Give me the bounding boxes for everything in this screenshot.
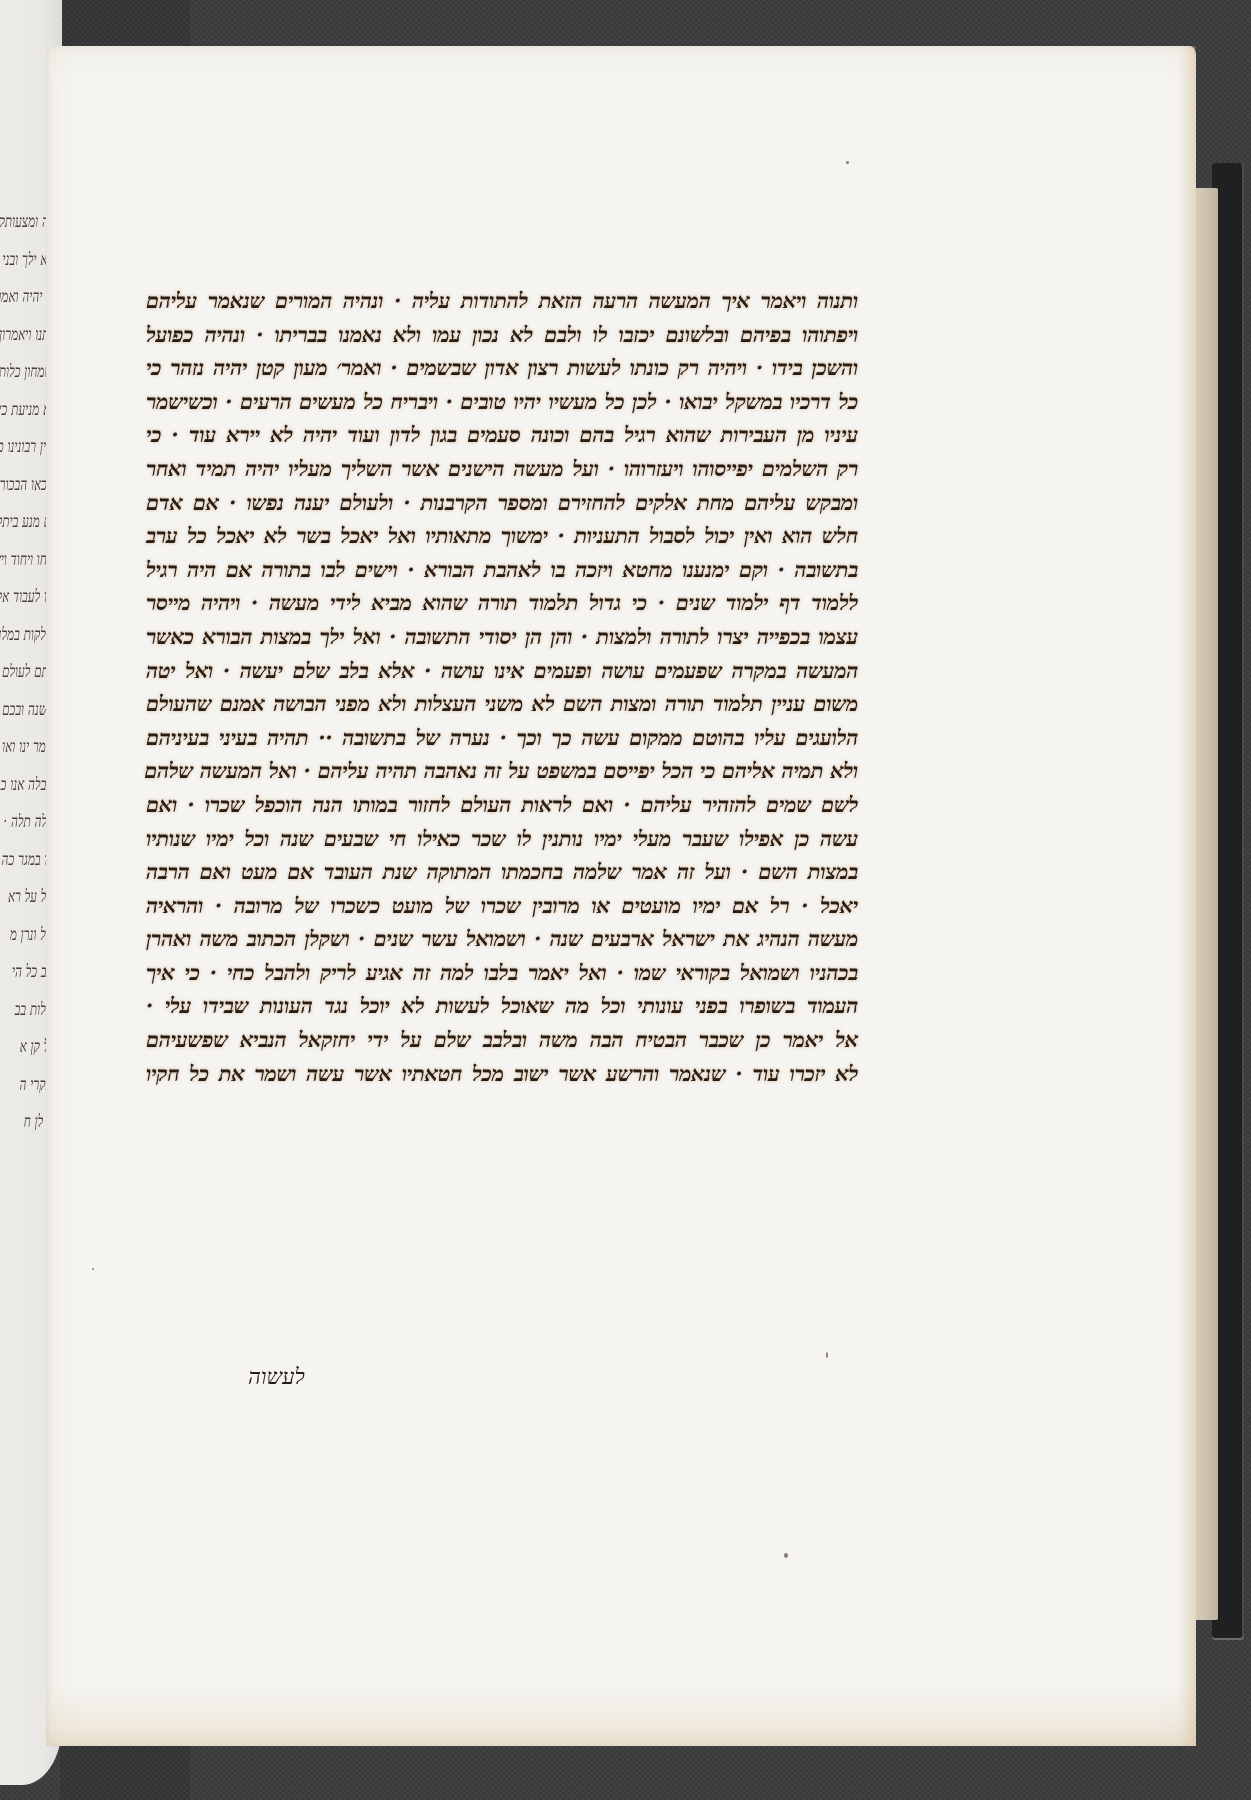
manuscript-line: ותנוה ויאמר איך המעשה הרעה הזאת להתודות … — [146, 284, 858, 318]
manuscript-line: אל יאמר כן שכבר הבטיח הבה משה ובלבב שלם … — [146, 1023, 858, 1057]
manuscript-text-block: ותנוה ויאמר איך המעשה הרעה הזאת להתודות … — [146, 284, 858, 1090]
ink-speck — [784, 1553, 788, 1558]
manuscript-line: לשם שמים להזהיר עליהם · ואם לראות העולם … — [146, 788, 858, 822]
recto-page: ותנוה ויאמר איך המעשה הרעה הזאת להתודות … — [46, 46, 1196, 1746]
manuscript-line: לא יזכרו עוד · שנאמר והרשע אשר ישוב מכל … — [146, 1057, 858, 1091]
manuscript-line: והשכן בידו · ויהיה רק כונתו לעשות רצון א… — [146, 351, 858, 385]
manuscript-line: כל דרכיו במשקל יבואו · לכן כל מעשיו יהיו… — [146, 385, 858, 419]
manuscript-line: הלועגים עליו בהוטם ממקום עשה כך וכך · נע… — [146, 721, 858, 755]
manuscript-line: חלש הוא ואין יכול לסבול התעניות · ימשוך … — [146, 519, 858, 553]
ink-speck — [846, 161, 849, 164]
manuscript-line: במצות השם · ועל זה אמר שלמה בחכמתו המתוק… — [146, 855, 858, 889]
ink-speck — [92, 1268, 94, 1270]
ink-speck — [826, 1352, 828, 1358]
manuscript-line: יאכל · רל אם ימיו מועטים או מרובין שכרו … — [146, 889, 858, 923]
manuscript-line: בכהניו ושמואל בקוראי שמו · ואל יאמר בלבו… — [146, 956, 858, 990]
manuscript-line: בתשובה · וקם ימנענו מחטא ויזכה בו לאהבת … — [146, 553, 858, 587]
manuscript-line: מעשה הנהיג את ישראל ארבעים שנה · ושמואל … — [146, 922, 858, 956]
manuscript-line: המעשה במקרה שפעמים עושה ופעמים אינו עושה… — [146, 654, 858, 688]
manuscript-line: רק השלמים יפייסוהו ויעזרוהו · ועל מעשה ה… — [146, 452, 858, 486]
manuscript-line: עצמו בכפייה יצרו לתורה ולמצות · והן הן י… — [146, 620, 858, 654]
manuscript-line: ויפתוהו בפיהם ובלשונם יכזבו לו ולבם לא נ… — [146, 318, 858, 352]
manuscript-line: משום עניין תלמוד תורה ומצות השם לא משני … — [146, 687, 858, 721]
manuscript-line: ולא תמיה אליהם כי הכל יפייסם במשפט על זה… — [146, 754, 858, 788]
manuscript-line: ללמוד דף ילמוד שנים · כי גדול תלמוד תורה… — [146, 586, 858, 620]
manuscript-line: עשה כן אפילו שעבר מעלי ימיו נותנין לו שכ… — [146, 822, 858, 856]
catchword: לעשוה — [248, 1364, 305, 1390]
manuscript-line: עיניו מן העבירות שהוא רגיל בהם וכונה סעמ… — [146, 418, 858, 452]
manuscript-line: ומבקש עליהם מחת אלקים להחזירם ומספר הקרב… — [146, 486, 858, 520]
manuscript-line: העמוד בשופרו בפני עונותי וכל מה שאוכל לע… — [146, 989, 858, 1023]
